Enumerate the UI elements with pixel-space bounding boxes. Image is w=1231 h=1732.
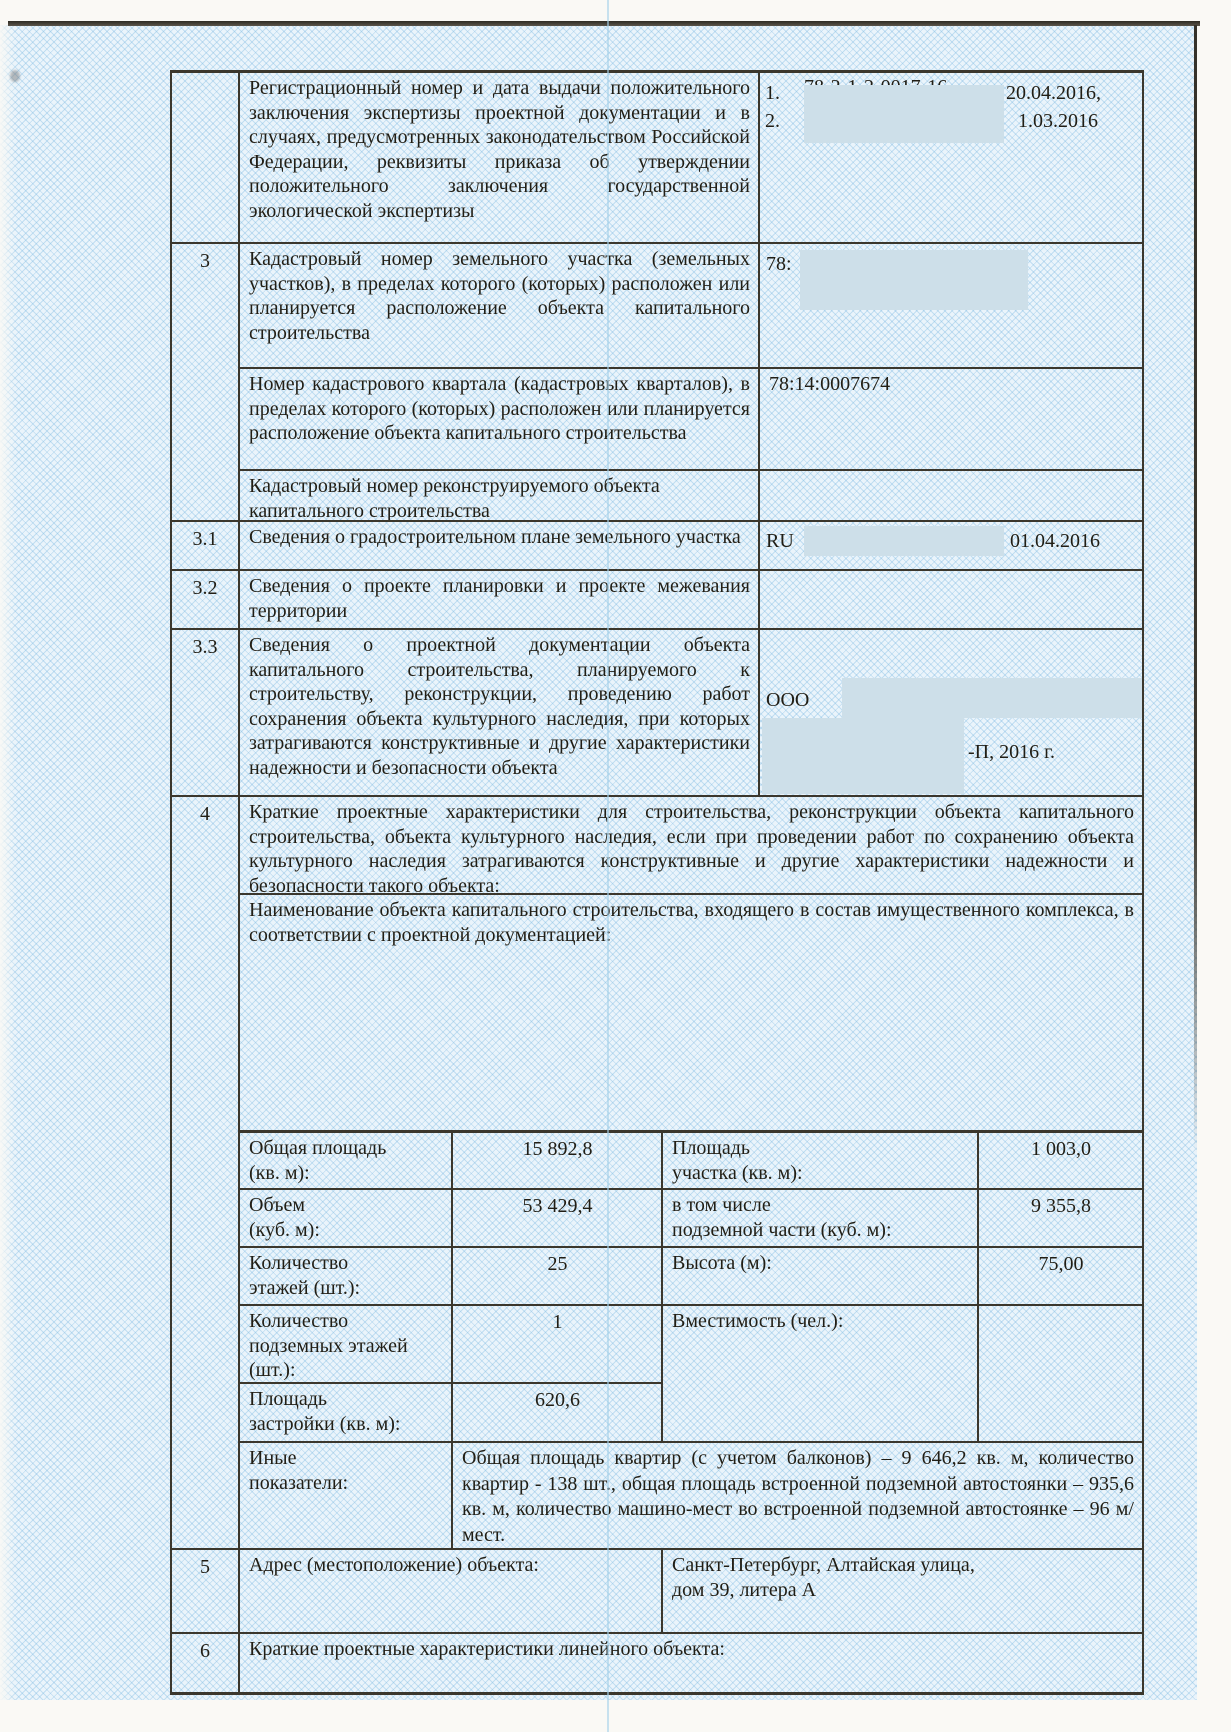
row-num-cadastral: 3 (170, 242, 238, 520)
row-label-cadastral: Кадастровый номер земельного участка (зе… (238, 242, 758, 367)
redaction-block (804, 85, 1004, 143)
row-label-address: Адрес (местоположение) объекта: (238, 1548, 661, 1632)
char-value-height: 75,00 (977, 1246, 1142, 1304)
char-label-other: Иные показатели: (238, 1441, 451, 1548)
row-value-reconstructed (758, 469, 1142, 520)
row-label-quarter: Номер кадастрового квартала (кадастровых… (238, 367, 758, 469)
row-value-cadastral: 78: (758, 242, 1142, 367)
char-label-underground-floors: Количество подземных этажей (шт.): (238, 1304, 451, 1382)
row-label-project-docs: Сведения о проектной документации объект… (238, 628, 758, 795)
org-type: ООО (766, 688, 809, 713)
list-item-2: 2. (765, 109, 780, 134)
redaction-block (804, 526, 1004, 556)
row-brief-characteristics: Краткие проектные характеристики для стр… (238, 795, 1142, 893)
page-right-edge-line (1194, 25, 1197, 1155)
char-value-footprint: 620,6 (451, 1382, 661, 1441)
char-label-capacity: Вместимость (чел.): (661, 1304, 977, 1441)
char-value-plot-area: 1 003,0 (977, 1130, 1142, 1188)
char-label-underground-volume: в том числе подземной части (куб. м): (661, 1188, 977, 1246)
list-item-1: 1. (765, 81, 780, 106)
row-num-address: 5 (170, 1548, 238, 1632)
char-value-other: Общая площадь квартир (с учетом балконов… (451, 1441, 1142, 1548)
row-value-address: Санкт-Петербург, Алтайская улица, дом 39… (661, 1548, 1142, 1632)
gpzu-prefix: RU (766, 529, 794, 554)
row-value-project-docs: ООО -П, 2016 г. (758, 628, 1142, 795)
row-value-reg: 1. 78-2-1-2-0017-16 20.04.2016, 2. 1.03.… (758, 70, 1142, 242)
row-num-planning: 3.2 (170, 569, 238, 628)
redaction-block (842, 678, 1142, 718)
gpzu-date: 01.04.2016 (1010, 529, 1100, 554)
cadastral-prefix: 78: (766, 252, 792, 277)
expertise-date-1: 20.04.2016, (1006, 81, 1101, 106)
char-value-floors: 25 (451, 1246, 661, 1304)
char-label-floors: Количество этажей (шт.): (238, 1246, 451, 1304)
expertise-date-2: 1.03.2016 (1018, 109, 1098, 134)
row-value-planning (758, 569, 1142, 628)
row-num-reg (170, 70, 238, 242)
char-label-total-area: Общая площадь (кв. м): (238, 1130, 451, 1188)
row-value-quarter: 78:14:0007674 (758, 367, 1142, 469)
redaction-block (762, 718, 964, 794)
char-value-volume: 53 429,4 (451, 1188, 661, 1246)
row-label-planning: Сведения о проекте планировки и проекте … (238, 569, 758, 628)
char-value-capacity (977, 1304, 1142, 1441)
char-label-volume: Объем (куб. м): (238, 1188, 451, 1246)
permit-table: 3 3.1 3.2 3.3 4 5 6 Регистрационный номе… (170, 70, 1144, 1695)
row-label-reg: Регистрационный номер и дата выдачи поло… (238, 70, 758, 242)
char-value-total-area: 15 892,8 (451, 1130, 661, 1188)
row-linear-characteristics: Краткие проектные характеристики линейно… (238, 1632, 1142, 1692)
row-num-brief: 4 (170, 795, 238, 1548)
redaction-block (800, 250, 1028, 310)
scan-edge-fade (0, 25, 16, 1700)
row-value-gpzu: RU 01.04.2016 (758, 520, 1142, 569)
scan-fold-line (607, 0, 609, 1732)
pencil-mark (10, 70, 20, 82)
page-top-edge-line (8, 21, 1200, 26)
row-num-project-docs: 3.3 (170, 628, 238, 795)
project-doc-suffix: -П, 2016 г. (968, 740, 1055, 765)
char-value-underground-floors: 1 (451, 1304, 661, 1382)
row-num-linear: 6 (170, 1632, 238, 1692)
row-label-reconstructed: Кадастровый номер реконструируемого объе… (238, 469, 758, 520)
char-label-footprint: Площадь застройки (кв. м): (238, 1382, 451, 1441)
row-num-gpzu: 3.1 (170, 520, 238, 569)
scanned-document-page: 3 3.1 3.2 3.3 4 5 6 Регистрационный номе… (0, 0, 1231, 1732)
char-label-plot-area: Площадь участка (кв. м): (661, 1130, 977, 1188)
row-label-gpzu: Сведения о градостроительном плане земел… (238, 520, 758, 569)
row-object-name-header: Наименование объекта капитального строит… (238, 893, 1142, 1130)
char-value-underground-volume: 9 355,8 (977, 1188, 1142, 1246)
char-label-height: Высота (м): (661, 1246, 977, 1304)
